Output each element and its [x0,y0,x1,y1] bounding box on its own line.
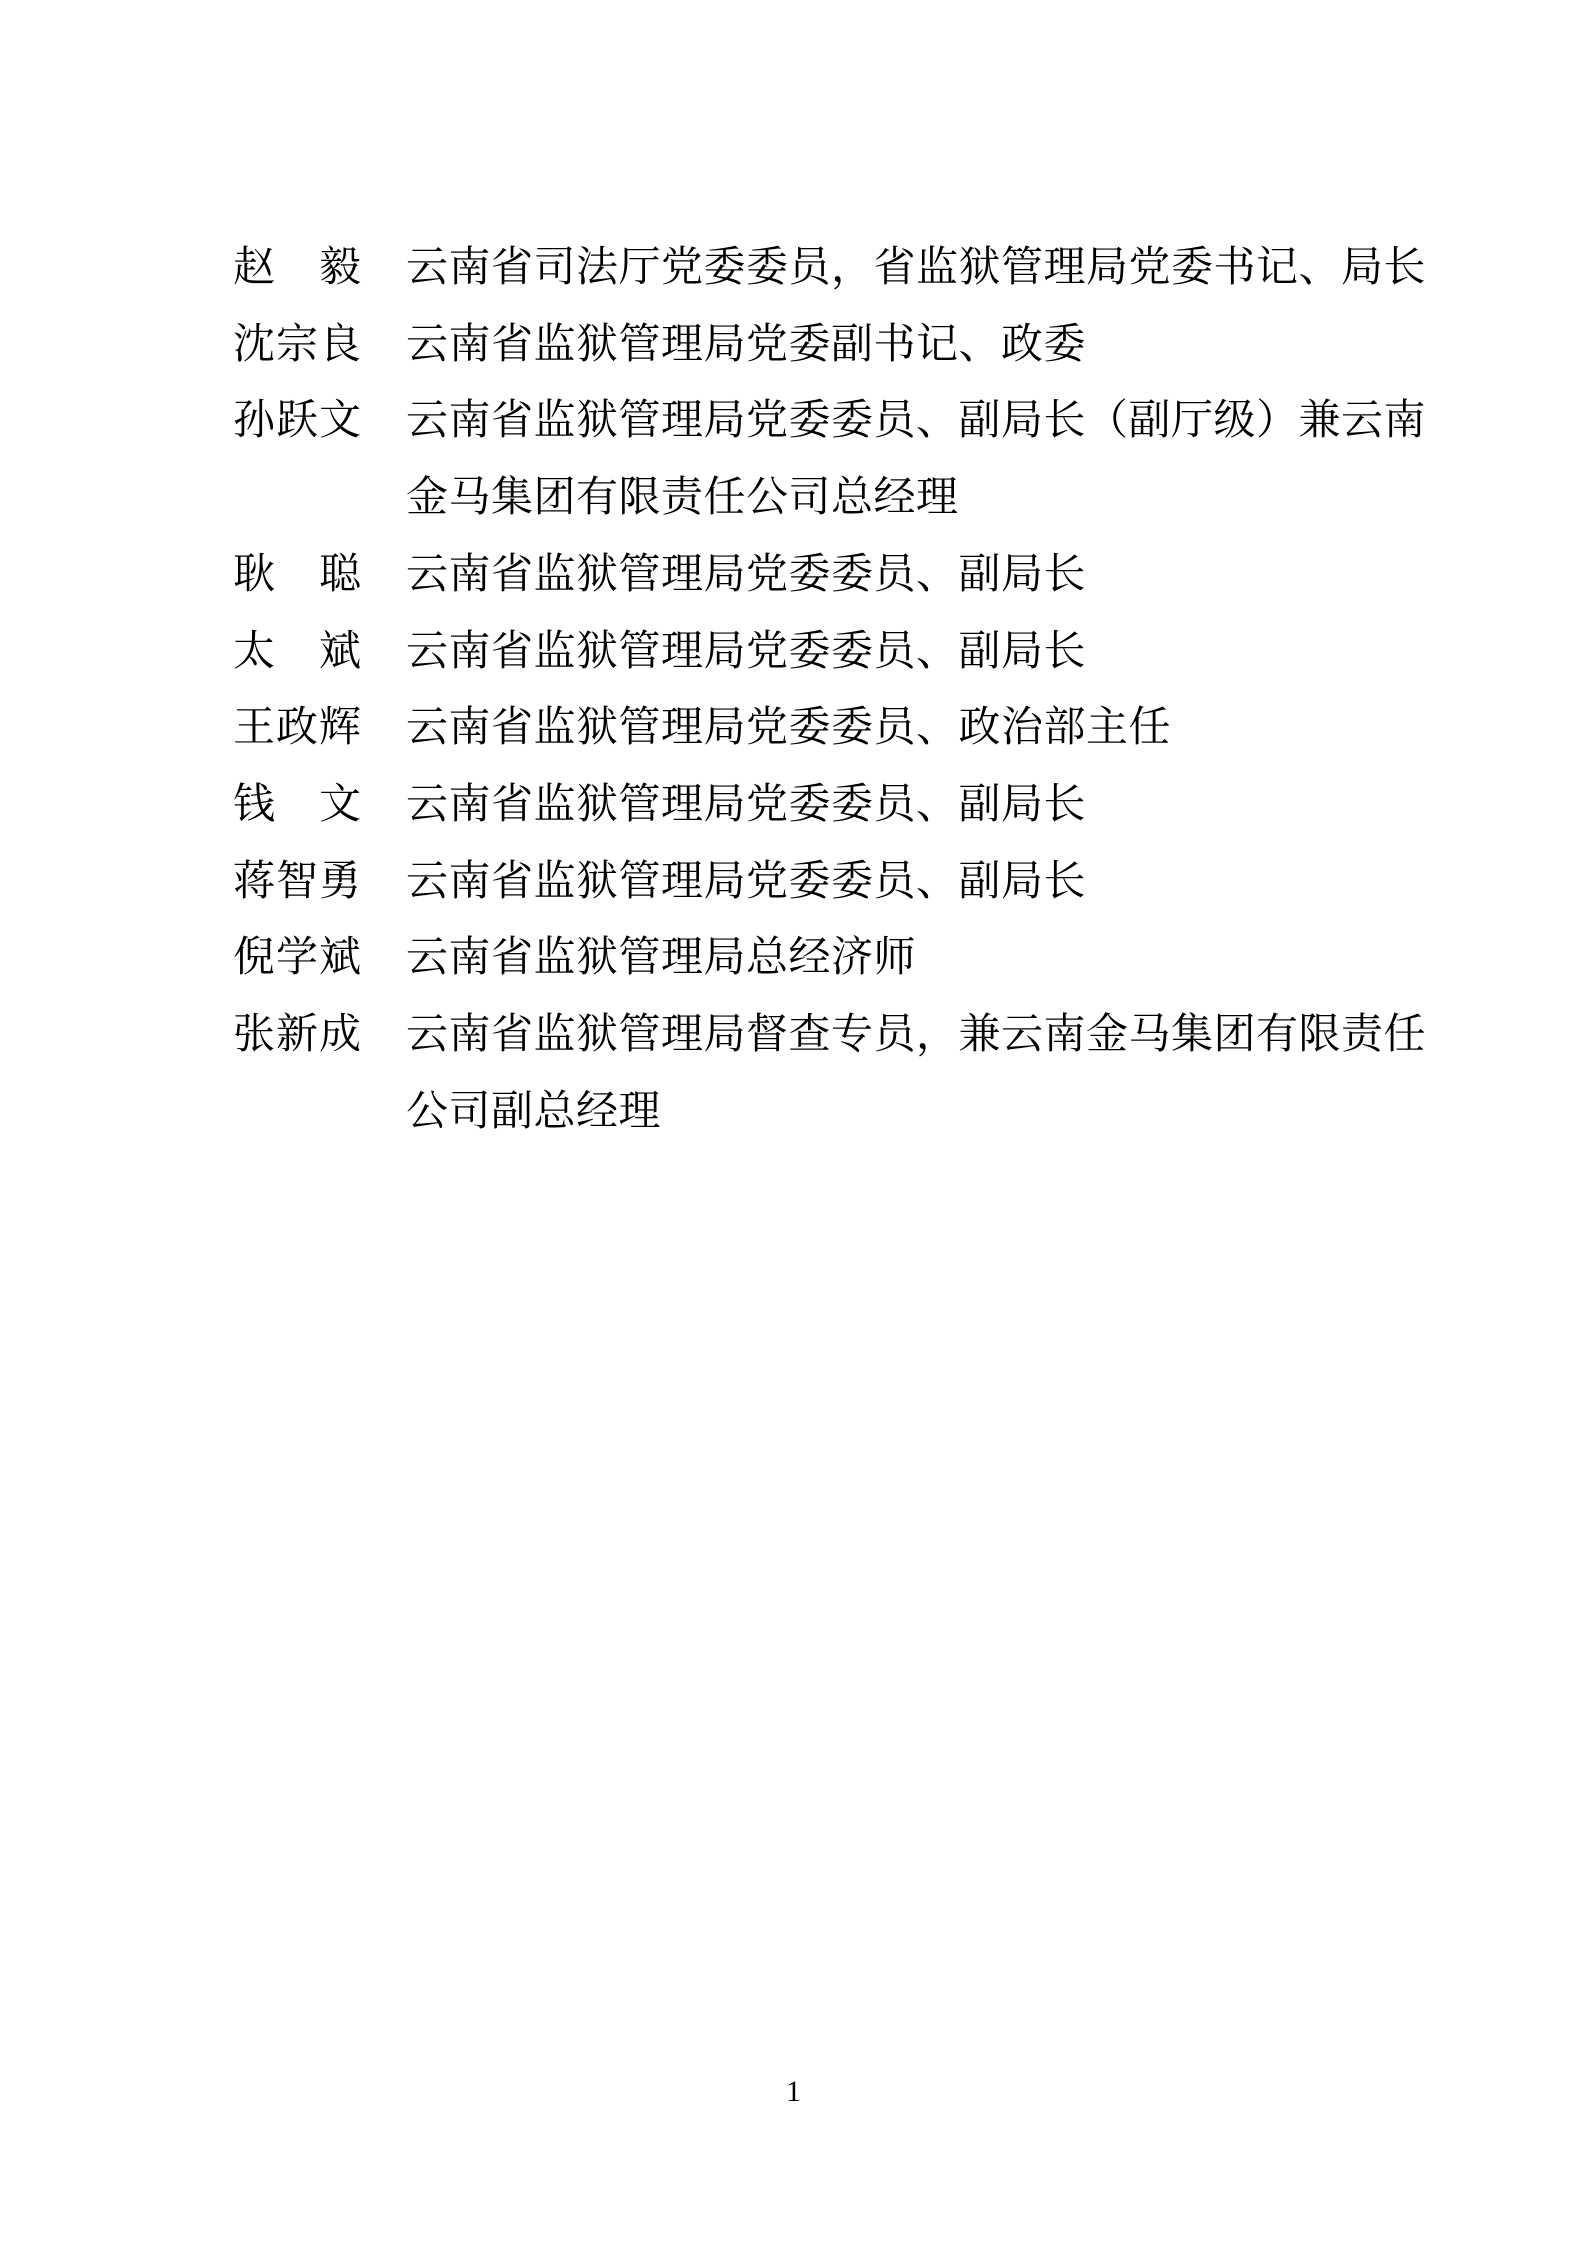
position-line: 公司副总经理 [406,1074,1426,1151]
official-name: 钱文 [233,767,361,844]
position-line: 云南省司法厅党委委员，省监狱管理局党委书记、局长 [406,230,1426,307]
roster-entry: 倪学斌云南省监狱管理局总经济师 [233,920,1426,997]
name-char: 毅 [319,230,361,307]
name-char: 太 [233,614,275,691]
name-char: 辉 [319,690,361,767]
document-page: 赵毅云南省司法厅党委委员，省监狱管理局党委书记、局长沈宗良云南省监狱管理局党委副… [0,0,1587,2245]
name-char: 学 [276,920,318,997]
position-line: 云南省监狱管理局党委副书记、政委 [406,307,1086,384]
official-position: 云南省监狱管理局党委副书记、政委 [406,307,1086,384]
page-number: 1 [0,2077,1587,2107]
position-line: 云南省监狱管理局党委委员、副局长 [406,767,1086,844]
name-char: 孙 [233,383,275,460]
position-line: 云南省监狱管理局党委委员、副局长（副厅级）兼云南 [406,383,1426,460]
name-char: 钱 [233,767,275,844]
position-line: 云南省监狱管理局党委委员、副局长 [406,844,1086,921]
position-line: 云南省监狱管理局党委委员、副局长 [406,537,1086,614]
name-char: 倪 [233,920,275,997]
official-name: 王政辉 [233,690,361,767]
name-char: 跃 [276,383,318,460]
official-position: 云南省监狱管理局党委委员、副局长 [406,537,1086,614]
officials-roster: 赵毅云南省司法厅党委委员，省监狱管理局党委书记、局长沈宗良云南省监狱管理局党委副… [233,230,1426,1150]
roster-entry: 张新成云南省监狱管理局督查专员，兼云南金马集团有限责任公司副总经理 [233,997,1426,1150]
name-char: 耿 [233,537,275,614]
name-char: 成 [319,997,361,1074]
official-name: 赵毅 [233,230,361,307]
official-position: 云南省监狱管理局督查专员，兼云南金马集团有限责任公司副总经理 [406,997,1426,1150]
name-char: 良 [319,307,361,384]
official-name: 张新成 [233,997,361,1074]
official-position: 云南省监狱管理局党委委员、副局长（副厅级）兼云南金马集团有限责任公司总经理 [406,383,1426,536]
roster-entry: 耿聪云南省监狱管理局党委委员、副局长 [233,537,1426,614]
position-line: 云南省监狱管理局党委委员、政治部主任 [406,690,1171,767]
name-char: 勇 [319,844,361,921]
position-line: 云南省监狱管理局督查专员，兼云南金马集团有限责任 [406,997,1426,1074]
roster-entry: 孙跃文云南省监狱管理局党委委员、副局长（副厅级）兼云南金马集团有限责任公司总经理 [233,383,1426,536]
name-char: 斌 [319,920,361,997]
name-char: 赵 [233,230,275,307]
roster-entry: 钱文云南省监狱管理局党委委员、副局长 [233,767,1426,844]
name-char: 文 [319,767,361,844]
name-char: 智 [276,844,318,921]
name-char: 聪 [319,537,361,614]
official-position: 云南省监狱管理局党委委员、政治部主任 [406,690,1171,767]
roster-entry: 王政辉云南省监狱管理局党委委员、政治部主任 [233,690,1426,767]
official-name: 耿聪 [233,537,361,614]
name-char: 政 [276,690,318,767]
position-line: 云南省监狱管理局总经济师 [406,920,916,997]
roster-entry: 太斌云南省监狱管理局党委委员、副局长 [233,614,1426,691]
name-char: 蒋 [233,844,275,921]
official-position: 云南省监狱管理局党委委员、副局长 [406,767,1086,844]
official-position: 云南省监狱管理局总经济师 [406,920,916,997]
name-char: 斌 [319,614,361,691]
roster-entry: 沈宗良云南省监狱管理局党委副书记、政委 [233,307,1426,384]
roster-entry: 蒋智勇云南省监狱管理局党委委员、副局长 [233,844,1426,921]
official-position: 云南省监狱管理局党委委员、副局长 [406,844,1086,921]
name-char: 新 [276,997,318,1074]
official-position: 云南省监狱管理局党委委员、副局长 [406,614,1086,691]
name-char: 文 [319,383,361,460]
official-position: 云南省司法厅党委委员，省监狱管理局党委书记、局长 [406,230,1426,307]
official-name: 沈宗良 [233,307,361,384]
official-name: 蒋智勇 [233,844,361,921]
roster-entry: 赵毅云南省司法厅党委委员，省监狱管理局党委书记、局长 [233,230,1426,307]
position-line: 金马集团有限责任公司总经理 [406,460,1426,537]
name-char: 王 [233,690,275,767]
name-char: 沈 [233,307,275,384]
official-name: 倪学斌 [233,920,361,997]
name-char: 张 [233,997,275,1074]
position-line: 云南省监狱管理局党委委员、副局长 [406,614,1086,691]
official-name: 孙跃文 [233,383,361,460]
name-char: 宗 [276,307,318,384]
official-name: 太斌 [233,614,361,691]
